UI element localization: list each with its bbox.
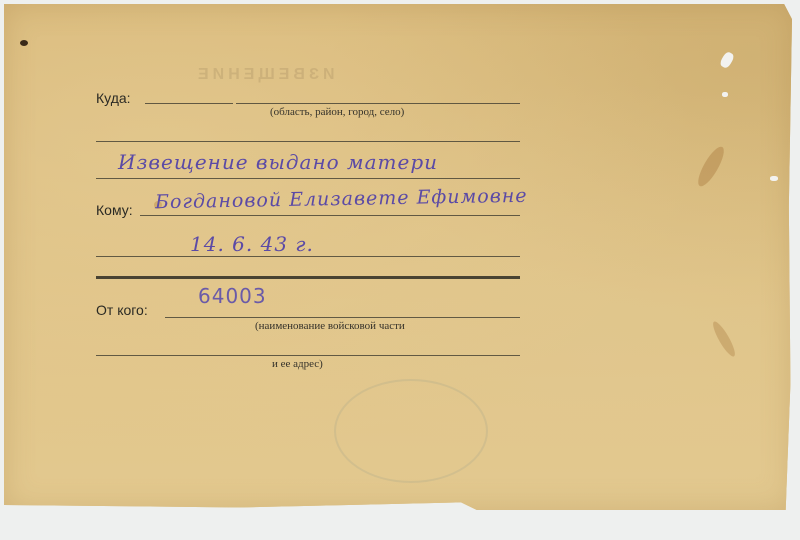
paper-tear [722, 92, 728, 97]
handwritten-unit-number: 64003 [198, 284, 267, 308]
to-where-label: Куда: [96, 90, 131, 106]
to-whom-line-1 [96, 178, 520, 179]
stain [710, 319, 739, 359]
to-whom-label: Кому: [96, 202, 133, 218]
from-whom-hint-1: (наименование войсковой части [255, 320, 405, 332]
handwritten-notice-line: Извещение выдано матери [118, 150, 438, 174]
handwritten-date: 14. 6. 43 г. [190, 232, 314, 256]
to-where-line-long [236, 103, 520, 104]
paper-tear [719, 51, 736, 70]
from-whom-line-2 [96, 355, 520, 356]
from-whom-hint-2: и ее адрес) [272, 358, 323, 370]
section-divider [96, 276, 520, 279]
to-whom-line-2 [140, 215, 520, 216]
from-whom-label: От кого: [96, 302, 148, 318]
to-whom-line-3 [96, 256, 520, 257]
to-where-line-2 [96, 141, 520, 142]
document-paper: ИЗВЕЩЕНИЕ [4, 4, 792, 510]
stain [694, 144, 729, 190]
paper-tear [770, 176, 778, 181]
bleed-through-stamp [334, 379, 488, 483]
bleed-through-title: ИЗВЕЩЕНИЕ [194, 66, 334, 84]
stain [20, 40, 28, 46]
to-where-hint: (область, район, город, село) [270, 106, 404, 118]
to-where-line-short [145, 103, 233, 104]
from-whom-line-1 [165, 317, 520, 318]
